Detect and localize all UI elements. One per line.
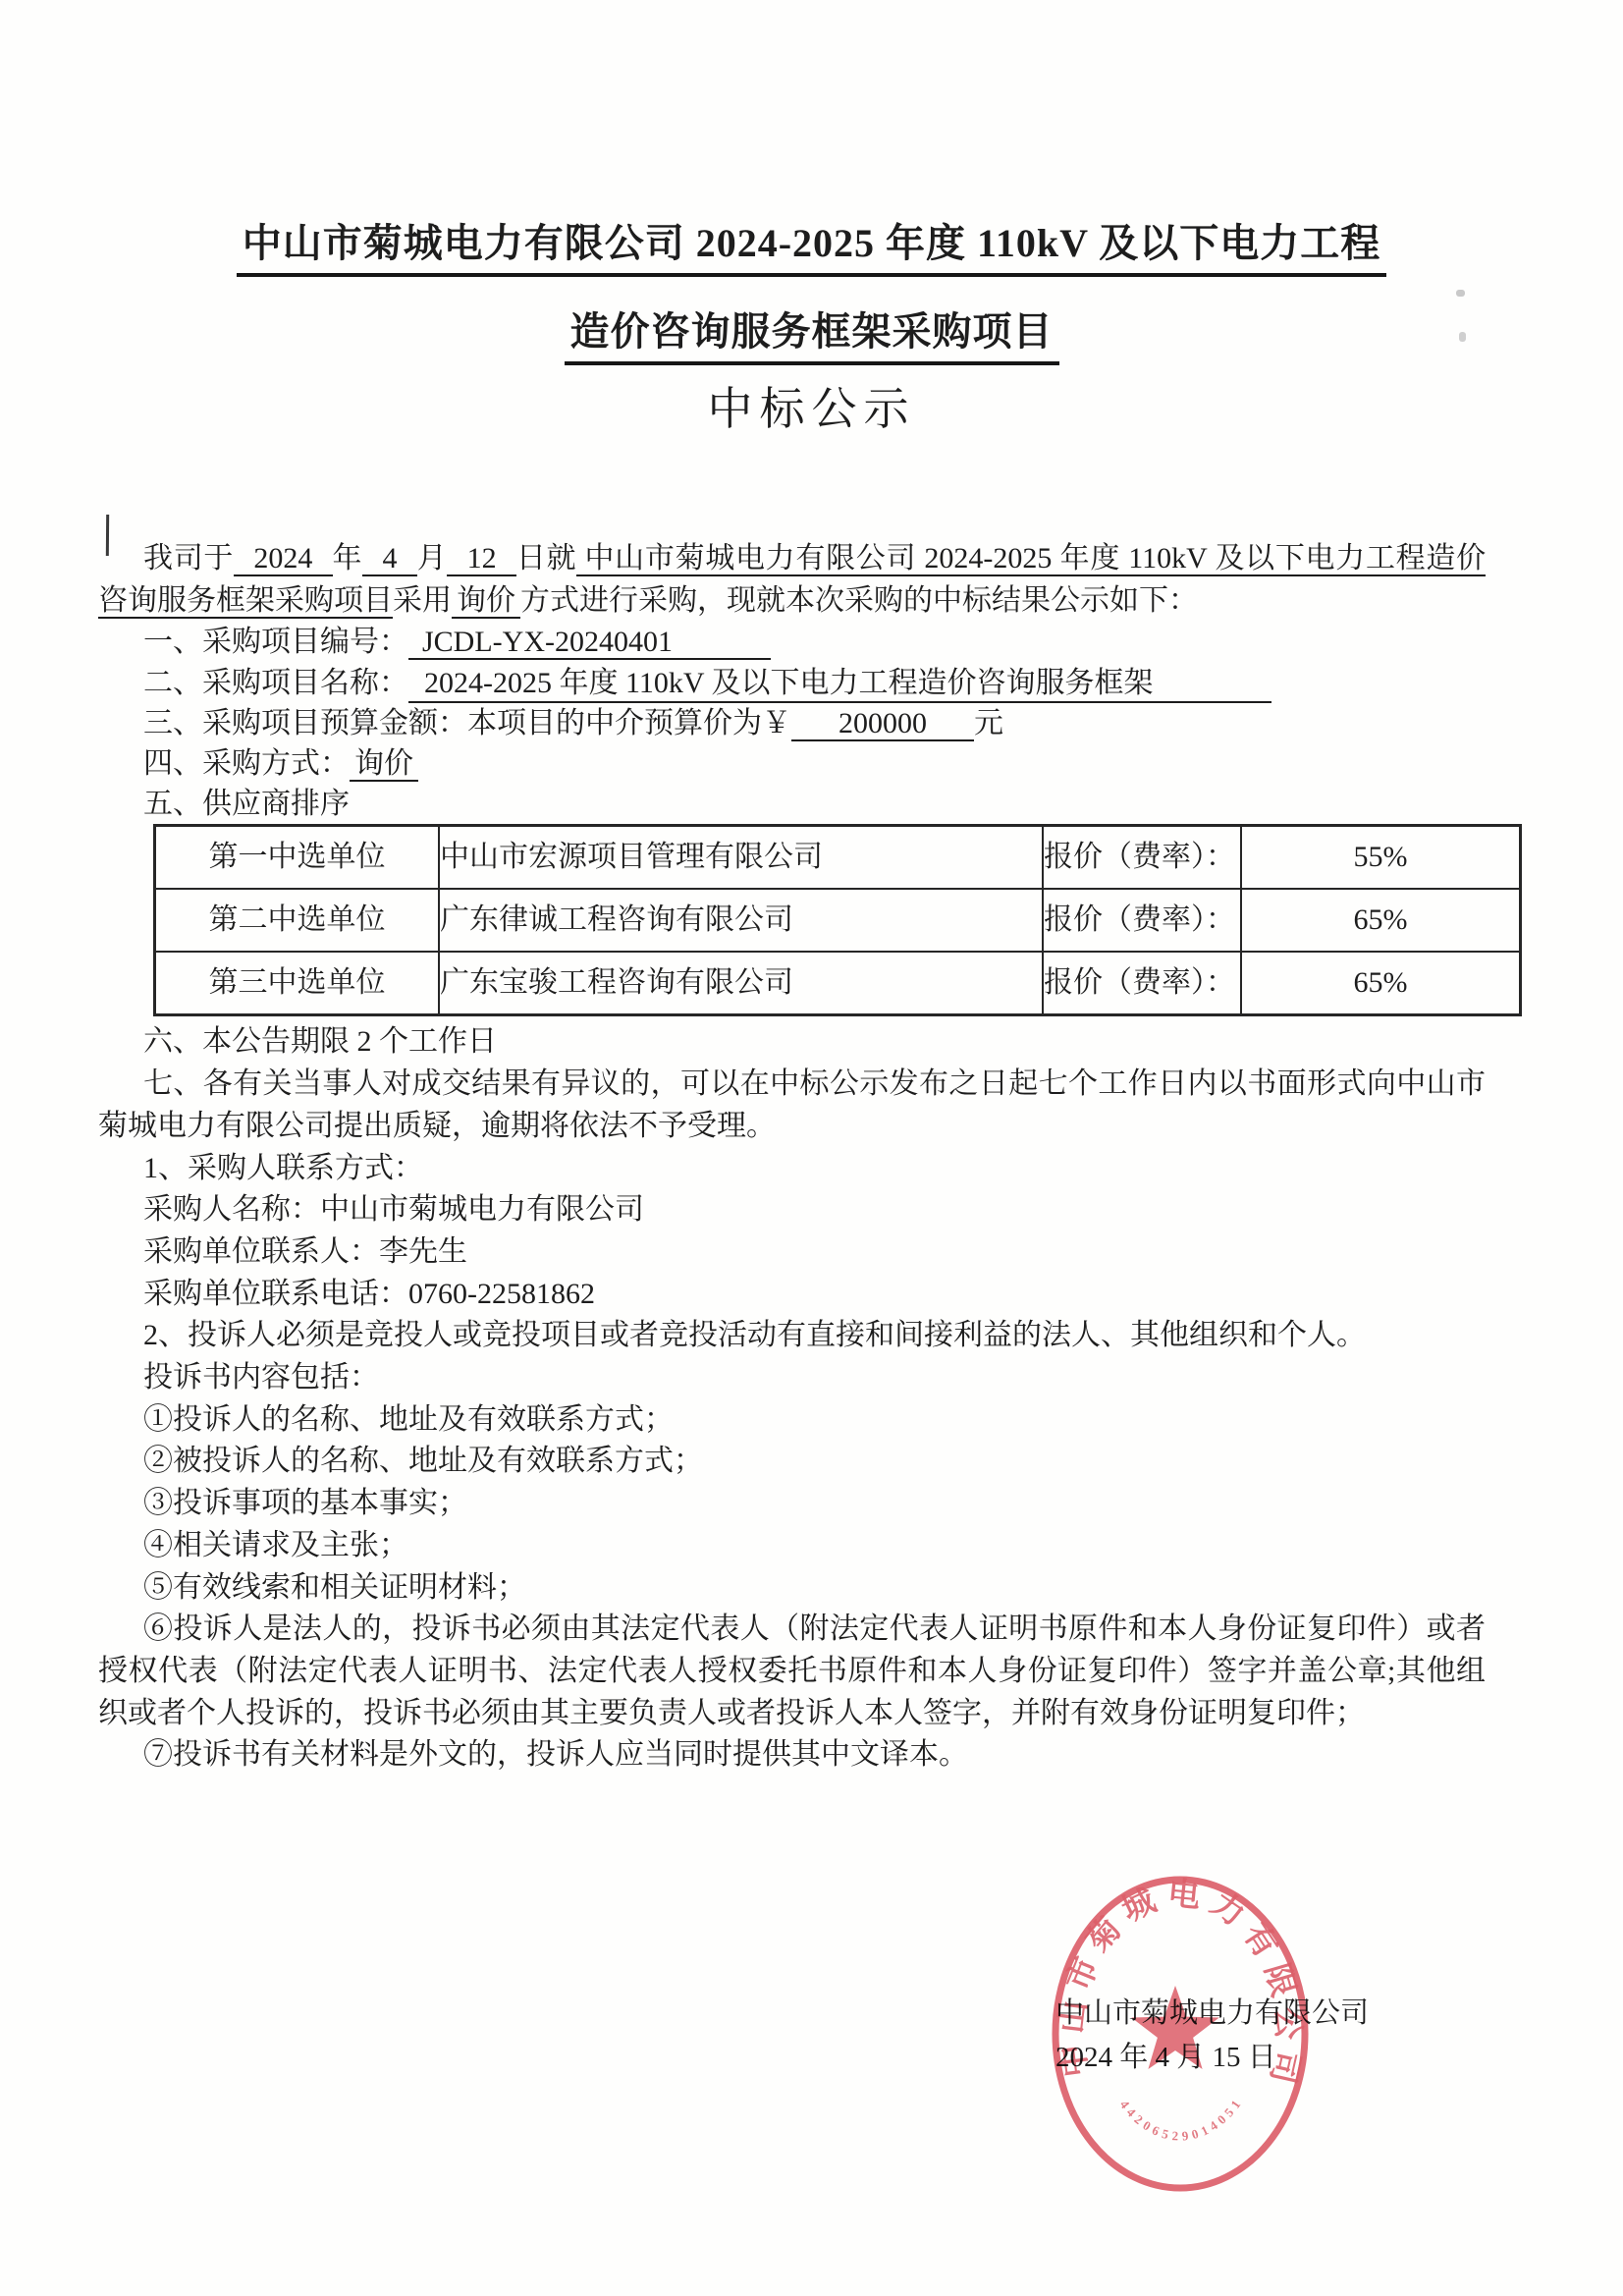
complaint-item-2: ②被投诉人的名称、地址及有效联系方式； — [98, 1441, 1486, 1483]
budget-unit: 元 — [974, 707, 1003, 739]
method-value: 询价 — [350, 747, 418, 782]
intro-seg-4: 月 — [417, 542, 448, 574]
complaint-item-1: ①投诉人的名称、地址及有效联系方式； — [98, 1399, 1486, 1442]
clause-method-label: 四、采购方式： — [143, 747, 350, 780]
complaint-item-3: ③投诉事项的基本事实； — [98, 1483, 1486, 1525]
signature-date: 2024 年 4 月 15 日 — [1055, 2036, 1369, 2080]
title-line-1-text: 中山市菊城电力有限公司 2024-2025 年度 110kV 及以下电力工程 — [237, 221, 1387, 277]
document-header: 中山市菊城电力有限公司 2024-2025 年度 110kV 及以下电力工程 造… — [0, 0, 1623, 433]
title-line-2: 造价咨询服务框架采购项目 — [0, 312, 1623, 352]
project-number-value: JCDL-YX-20240401 — [408, 626, 771, 660]
clause-project-name-label: 二、采购项目名称： — [143, 667, 408, 699]
company-cell: 广东宝骏工程咨询有限公司 — [439, 952, 1043, 1015]
intro-day-underlined: 12 — [447, 542, 515, 576]
price-label-cell: 报价（费率）： — [1043, 889, 1241, 952]
scan-artifact-smudge — [1456, 290, 1465, 297]
intro-method-underlined: 询价 — [452, 584, 520, 619]
contact-heading: 1、采购人联系方式： — [98, 1148, 1486, 1190]
clause-project-number: 一、采购项目编号：JCDL-YX-20240401 — [98, 622, 1486, 662]
clause-method: 四、采购方式：询价 — [98, 743, 1486, 784]
document-subtitle: 中标公示 — [0, 386, 1623, 433]
scan-artifact-line — [106, 515, 109, 556]
clause-project-number-label: 一、采购项目编号： — [143, 626, 408, 658]
company-cell: 广东律诚工程咨询有限公司 — [439, 889, 1043, 952]
clause-budget-label: 三、采购项目预算金额：本项目的中介预算价为￥ — [143, 707, 791, 739]
winning-bidder-table: 第一中选单位 中山市宏源项目管理有限公司 报价（费率）： 55% 第二中选单位 … — [153, 824, 1522, 1016]
rank-cell: 第一中选单位 — [155, 826, 440, 890]
price-label-cell: 报价（费率）： — [1043, 952, 1241, 1015]
seal-code-text: 44206529014051 — [1117, 2094, 1246, 2144]
scan-artifact-smudge — [1459, 332, 1466, 342]
contact-person: 采购单位联系人：李先生 — [98, 1231, 1486, 1274]
complaint-item-5: ⑤有效线索和相关证明材料； — [98, 1567, 1486, 1610]
project-name-value: 2024-2025 年度 110kV 及以下电力工程造价咨询服务框架 — [408, 667, 1271, 703]
complaint-heading: 投诉书内容包括： — [98, 1357, 1486, 1399]
clause-supplier-ranking: 五、供应商排序 — [98, 784, 1486, 824]
table-row: 第一中选单位 中山市宏源项目管理有限公司 报价（费率）： 55% — [155, 826, 1521, 890]
title-line-1: 中山市菊城电力有限公司 2024-2025 年度 110kV 及以下电力工程 — [0, 224, 1623, 263]
contact-phone: 采购单位联系电话：0760-22581862 — [98, 1274, 1486, 1316]
complaint-eligibility: 2、投诉人必须是竞投人或竞投项目或者竞投活动有直接和间接利益的法人、其他组织和个… — [98, 1315, 1486, 1357]
purchaser-name: 采购人名称：中山市菊城电力有限公司 — [98, 1189, 1486, 1231]
document-page: 中山市菊城电力有限公司 2024-2025 年度 110kV 及以下电力工程 造… — [0, 0, 1623, 2296]
intro-seg-6: 日就 — [516, 542, 576, 574]
clause-announcement-period: 六、本公告期限 2 个工作日 — [98, 1021, 1486, 1064]
rate-cell: 65% — [1241, 889, 1521, 952]
price-label-cell: 报价（费率）： — [1043, 826, 1241, 890]
intro-seg-10: 方式进行采购，现就本次采购的中标结果公示如下： — [520, 584, 1198, 617]
complaint-item-7: ⑦投诉书有关材料是外文的，投诉人应当同时提供其中文译本。 — [98, 1734, 1486, 1777]
document-body: 我司于 2024 年 4 月 12 日就 中山市菊城电力有限公司 2024-20… — [98, 538, 1486, 1777]
table-row: 第二中选单位 广东律诚工程咨询有限公司 报价（费率）： 65% — [155, 889, 1521, 952]
clause-objection: 七、各有关当事人对成交结果有异议的，可以在中标公示发布之日起七个工作日内以书面形… — [98, 1064, 1486, 1147]
complaint-item-6: ⑥投诉人是法人的，投诉书必须由其法定代表人（附法定代表人证明书原件和本人身份证复… — [98, 1609, 1486, 1734]
clause-budget: 三、采购项目预算金额：本项目的中介预算价为￥200000元 — [98, 703, 1486, 743]
title-line-2-text: 造价咨询服务框架采购项目 — [565, 309, 1059, 365]
intro-year-underlined: 2024 — [234, 542, 332, 576]
intro-seg-0: 我司于 — [143, 542, 234, 574]
complaint-item-4: ④相关请求及主张； — [98, 1525, 1486, 1567]
seal-code-shape: 44206529014051 — [1117, 2094, 1246, 2144]
intro-month-underlined: 4 — [362, 542, 416, 576]
intro-seg-2: 年 — [333, 542, 363, 574]
signature-block: 中山市菊城电力有限公司 2024 年 4 月 15 日 — [1055, 1992, 1369, 2080]
clause-list: 一、采购项目编号：JCDL-YX-20240401 二、采购项目名称：2024-… — [98, 622, 1486, 824]
rank-cell: 第三中选单位 — [155, 952, 440, 1015]
intro-paragraph: 我司于 2024 年 4 月 12 日就 中山市菊城电力有限公司 2024-20… — [98, 538, 1486, 622]
table-row: 第三中选单位 广东宝骏工程咨询有限公司 报价（费率）： 65% — [155, 952, 1521, 1015]
rate-cell: 65% — [1241, 952, 1521, 1015]
rate-cell: 55% — [1241, 826, 1521, 890]
signature-company: 中山市菊城电力有限公司 — [1055, 1992, 1369, 2036]
rank-cell: 第二中选单位 — [155, 889, 440, 952]
budget-value: 200000 — [791, 707, 974, 741]
clause-project-name: 二、采购项目名称：2024-2025 年度 110kV 及以下电力工程造价咨询服… — [98, 663, 1486, 703]
intro-seg-8: 采用 — [393, 584, 452, 617]
company-cell: 中山市宏源项目管理有限公司 — [439, 826, 1043, 890]
